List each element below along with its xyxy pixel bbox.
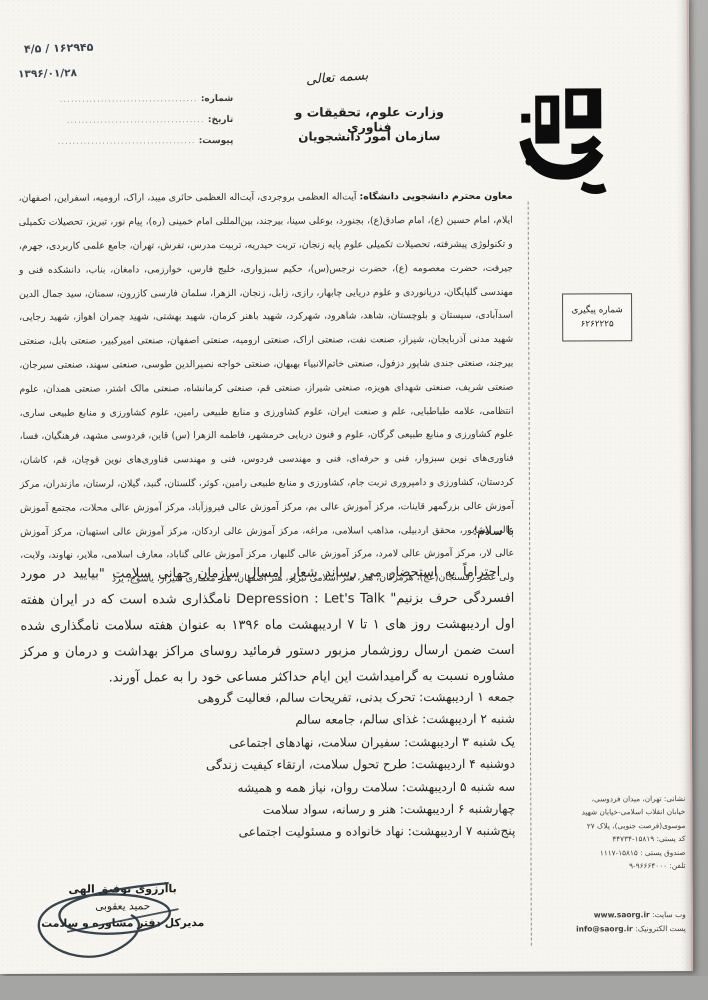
besmellah-calligraphy: بسمه تعالی: [292, 67, 383, 89]
schedule-item-monday: دوشنبه ۴ اردیبهشت: طرح تحول سلامت، ارتقا…: [21, 753, 515, 778]
signer-name: حمید یعقوبی: [34, 900, 212, 913]
field-attachment: پیوست: .................................…: [58, 136, 233, 147]
field-number-label: شماره:: [201, 94, 233, 104]
health-week-schedule: جمعه ۱ اردیبهشت: تحرک بدنی، تفریحات سالم…: [21, 686, 516, 845]
letter-page: ۴/۵ / ۱۶۲۹۴۵ ۱۳۹۶/۰۱/۲۸ شماره: .........…: [0, 0, 693, 974]
field-date: تاریخ: .................................…: [58, 115, 233, 126]
email-address: info@saorg.ir: [576, 924, 633, 933]
field-attachment-label: پیوست:: [199, 136, 234, 146]
address-line-po-box: صندوق پستی : ۱۵۸۱۵-۱۱۱۷: [544, 846, 685, 860]
schedule-item-saturday: شنبه ۲ اردیبهشت: غذای سالم، جامعه سالم: [21, 708, 515, 733]
handwritten-ref-number: ۴/۵ / ۱۶۲۹۴۵: [24, 41, 94, 56]
letterhead-fields: شماره: .................................…: [58, 94, 233, 158]
address-line-3: موسوی(فرصت جنوبی)، پلاک ۲۷: [544, 819, 685, 833]
body-paragraph: احتراماً به استحضار می رساند شعار امسال …: [20, 560, 515, 692]
email-line: پست الکترونیک: info@saorg.ir: [545, 922, 686, 936]
org-logo: سازمان امور دانشجویان: [513, 85, 611, 199]
address-line-1: نشانی: تهران، میدان فردوسی،: [544, 792, 685, 806]
scanner-bottom-band: [0, 976, 708, 1000]
recipients-intro: معاون محترم دانشجویی دانشگاه:: [360, 191, 513, 203]
signature-block: باآرزوی توفیق الهی حمید یعقوبی مدیرکل دف…: [34, 882, 212, 930]
margin-separator-dashed-line: [528, 202, 532, 946]
schedule-item-wednesday: چهارشنبه ۶ اردیبهشت: هنر و رسانه، سواد س…: [21, 798, 515, 823]
salutation: با سلام؛: [20, 523, 514, 540]
website-line: وب سایت: www.saorg.ir: [545, 908, 686, 922]
field-date-leader: .....................................: [67, 116, 205, 125]
organization-title: سازمان امور دانشجویان: [274, 129, 464, 144]
email-label: پست الکترونیک:: [635, 924, 686, 933]
address-block: نشانی: تهران، میدان فردوسی، خیابان انقلا…: [544, 792, 685, 873]
signature-blessing: باآرزوی توفیق الهی: [34, 882, 212, 896]
address-line-phone: تلفن: ۹۶۶۶۴۰۰۰-۹: [545, 859, 686, 873]
tracking-label: شماره پیگیری: [572, 305, 623, 315]
signer-title: مدیرکل دفتر مشاوره و سلامت: [34, 916, 212, 930]
schedule-item-tuesday: سه شنبه ۵ اردیبهشت: سلامت روان، نیاز همه…: [21, 775, 515, 800]
address-line-postal-code: کد پستی: ۱۵۸۱۹-۴۴۷۳۴: [544, 832, 685, 846]
schedule-item-thursday: پنج‌شنبه ۷ اردیبهشت: نهاد خانواده و مسئو…: [21, 820, 515, 845]
handwritten-date: ۱۳۹۶/۰۱/۲۸: [18, 67, 77, 80]
tracking-number: ۶۲۶۲۲۲۵: [581, 319, 614, 329]
website-label: وب سایت:: [652, 910, 686, 919]
schedule-item-sunday: یک شنبه ۳ اردیبهشت: سفیران سلامت، نهادها…: [21, 731, 515, 756]
field-number: شماره: .................................…: [58, 94, 233, 105]
scanner-background: ۴/۵ / ۱۶۲۹۴۵ ۱۳۹۶/۰۱/۲۸ شماره: .........…: [0, 0, 708, 1000]
web-contact-block: وب سایت: www.saorg.ir پست الکترونیک: inf…: [545, 908, 686, 936]
address-line-2: خیابان انقلاب اسلامی-خیابان شهید: [544, 805, 685, 819]
field-attachment-leader: .....................................: [58, 137, 195, 146]
field-date-label: تاریخ:: [208, 115, 233, 125]
org-logo-calligraphy-icon: [513, 85, 611, 199]
schedule-item-friday: جمعه ۱ اردیبهشت: تحرک بدنی، تفریحات سالم…: [21, 686, 515, 711]
field-number-leader: .....................................: [60, 95, 198, 104]
website-url: www.saorg.ir: [594, 910, 650, 919]
tracking-number-box: شماره پیگیری ۶۲۶۲۲۲۵: [562, 293, 632, 341]
